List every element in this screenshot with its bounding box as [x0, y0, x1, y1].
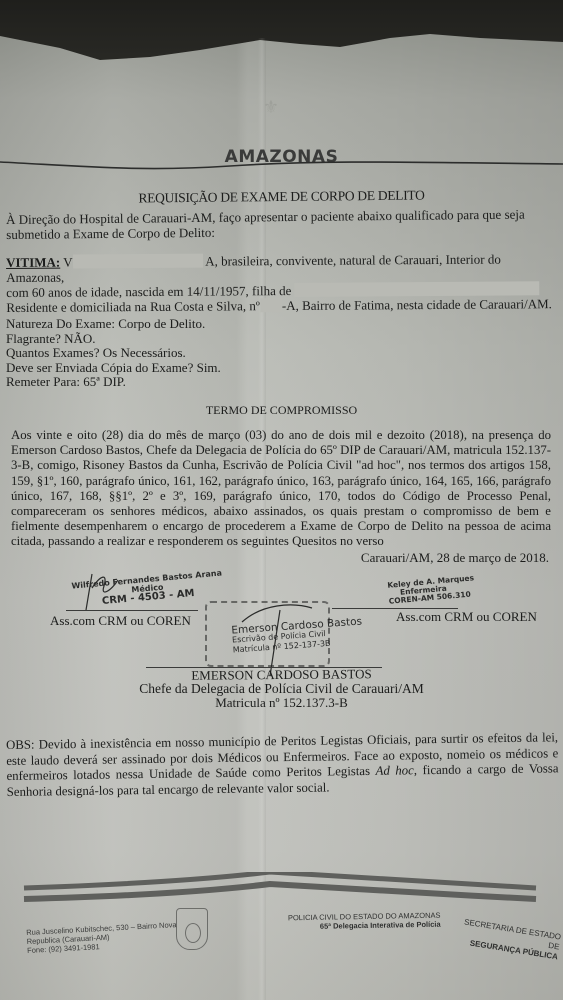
obs-paragraph: OBS: Devido à inexistência em nosso muni… [6, 730, 559, 800]
footer-police-civil: POLICIA CIVIL DO ESTADO DO AMAZONAS 65ª … [288, 911, 441, 932]
field-send-to: Remeter Para: 65ª DIP. [6, 375, 306, 390]
right-signature-caption: Ass.com CRM ou COREN [396, 609, 537, 625]
city-date: Carauari/AM, 28 de março de 2018. [361, 550, 549, 566]
victim-label: VITIMA: [6, 255, 60, 270]
left-handwritten-signature [78, 568, 128, 614]
field-nature: Natureza Do Exame: Corpo de Delito. [6, 317, 306, 332]
left-signature-line [66, 610, 198, 611]
redacted-name [73, 254, 203, 269]
redacted-house-number [260, 298, 282, 312]
police-badge-icon [176, 908, 208, 950]
field-flagrante: Flagrante? NÃO. [6, 332, 306, 347]
coat-of-arms-icon: ⚜ [256, 96, 286, 118]
term-body: Aos vinte e oito (28) dia do mês de març… [11, 428, 551, 550]
exam-fields: Natureza Do Exame: Corpo de Delito. Flag… [6, 317, 306, 390]
chief-id: Matricula nº 152.137.3-B [0, 696, 563, 710]
redacted-filiation [295, 281, 540, 297]
chief-signature-block: EMERSON CARDOSO BASTOS Chefe da Delegaci… [0, 668, 563, 710]
intro-paragraph: À Direção do Hospital de Carauari-AM, fa… [6, 206, 554, 242]
victim-block: VITIMA: V A, brasileira, convivente, nat… [6, 251, 556, 315]
victim-line-1: VITIMA: V A, brasileira, convivente, nat… [6, 251, 556, 285]
field-copy: Deve ser Enviada Cópia do Exame? Sim. [6, 361, 306, 376]
field-quantity: Quantos Exames? Os Necessários. [6, 346, 306, 361]
left-signature-caption: Ass.com CRM ou COREN [50, 613, 191, 629]
chief-role: Chefe da Delegacia de Polícia Civil de C… [0, 682, 563, 696]
term-title: TERMO DE COMPROMISSO [0, 403, 563, 418]
header-rule [0, 156, 563, 176]
footer-decorative-bands [20, 872, 540, 912]
